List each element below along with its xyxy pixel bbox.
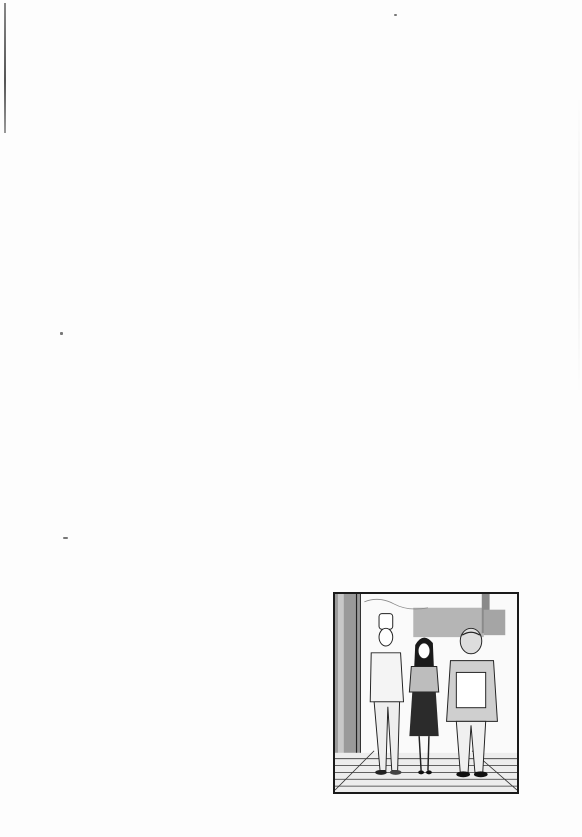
chef-figure <box>370 614 403 775</box>
scan-speck <box>60 332 63 335</box>
blank-sign <box>456 672 485 707</box>
manga-page <box>0 0 582 837</box>
scan-speck <box>394 14 397 16</box>
scan-speck <box>63 537 68 539</box>
binding-edge-line <box>4 3 6 133</box>
comic-panel <box>333 592 519 794</box>
panel-illustration <box>335 594 517 792</box>
page-edge-shadow <box>578 95 580 395</box>
